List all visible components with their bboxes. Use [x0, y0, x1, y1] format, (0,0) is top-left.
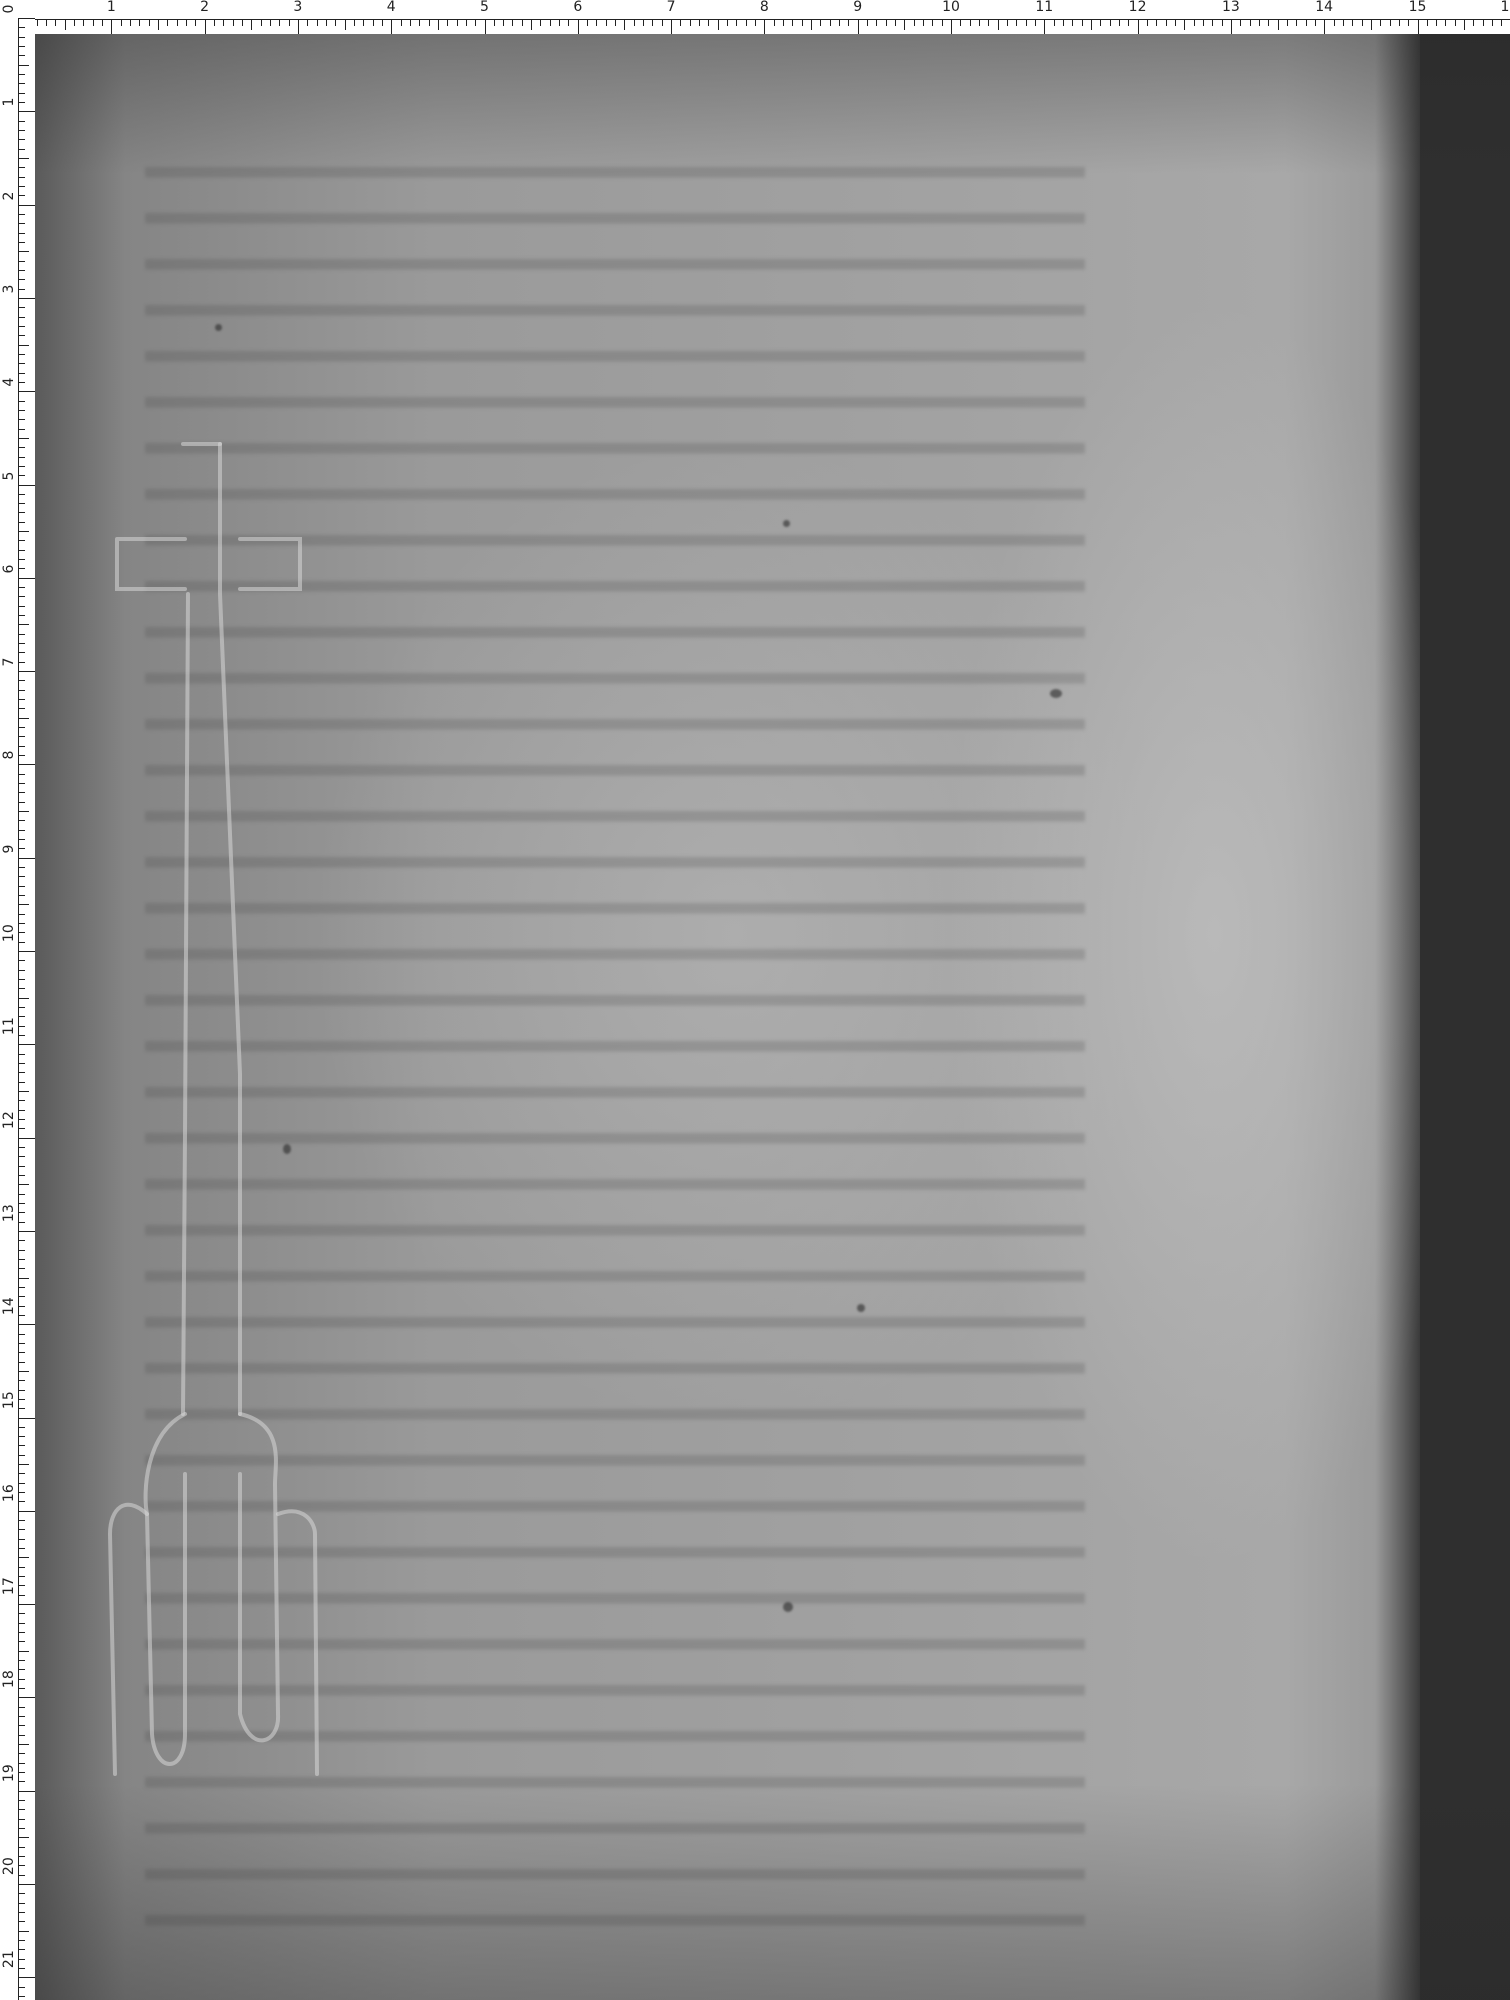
ruler-tick: [960, 19, 961, 26]
ruler-tick: [1007, 19, 1008, 26]
ruler-tick: [1427, 19, 1428, 26]
ruler-tick: [755, 19, 756, 26]
ruler-tick: [559, 19, 560, 26]
ruler-tick: [18, 485, 35, 486]
ruler-tick: [774, 19, 775, 26]
ruler-tick: [746, 19, 747, 26]
ruler-tick: [736, 19, 737, 26]
ruler-tick: [18, 522, 25, 523]
ruler-tick: [18, 121, 25, 122]
ruler-tick: [18, 494, 25, 495]
ruler-tick: [242, 19, 243, 26]
ruler-tick: [18, 1931, 29, 1932]
ruler-tick: [18, 1054, 25, 1055]
ruler-tick: [18, 895, 25, 896]
ruler-tick: [18, 1735, 25, 1736]
ruler-tick: [18, 1539, 25, 1540]
ruler-tick: [18, 1091, 29, 1092]
ruler-tick: [1455, 19, 1456, 26]
ruler-tick: [18, 1203, 25, 1204]
ruler-tick: [1334, 19, 1335, 26]
ruler-tick: [251, 19, 252, 30]
ruler-tick: [307, 19, 308, 26]
ruler-tick: [18, 596, 25, 597]
ruler-tick: [326, 19, 327, 26]
ruler-top: 01234567891011121314151: [0, 0, 1510, 34]
ruler-tick: [18, 74, 25, 75]
ruler-tick: [18, 1520, 25, 1521]
ruler-tick: [1250, 19, 1251, 26]
ruler-top-label: 11: [1035, 0, 1053, 15]
ruler-tick: [18, 93, 25, 94]
ruler-tick: [18, 1259, 25, 1260]
ruler-tick: [18, 1026, 25, 1027]
ruler-tick: [18, 1557, 29, 1558]
ruler-left-label: 3: [1, 285, 17, 294]
ruler-tick: [18, 186, 25, 187]
ruler-tick: [18, 167, 25, 168]
ruler-tick: [18, 998, 29, 999]
ruler-top-label: 7: [667, 0, 676, 15]
ruler-tick: [1464, 19, 1465, 30]
ruler-tick: [18, 1697, 35, 1698]
ruler-tick: [839, 19, 840, 26]
ruler-tick: [18, 1996, 25, 1997]
ruler-tick: [1063, 19, 1064, 26]
ruler-tick: [18, 1548, 25, 1549]
ruler-tick: [18, 1418, 35, 1419]
ruler-left-label: 18: [1, 1671, 17, 1689]
ruler-tick: [83, 19, 84, 26]
ruler-tick: [18, 1016, 25, 1017]
ruler-top-label: 6: [573, 0, 582, 15]
ruler-tick: [1473, 19, 1474, 26]
ruler-tick: [18, 1763, 25, 1764]
ruler-left-label: 5: [1, 471, 17, 480]
ruler-tick: [363, 19, 364, 26]
ruler-tick: [18, 177, 25, 178]
ruler-tick: [18, 1100, 25, 1101]
ruler-tick: [18, 1175, 25, 1176]
ruler-tick: [18, 1315, 25, 1316]
ruler-tick: [18, 37, 25, 38]
ruler-tick: [18, 1427, 25, 1428]
ruler-tick: [111, 19, 112, 34]
ruler-tick: [18, 1800, 25, 1801]
ruler-tick: [1399, 19, 1400, 26]
ruler-tick: [18, 1110, 25, 1111]
ruler-top-label: 15: [1409, 0, 1427, 15]
ruler-tick: [18, 1380, 25, 1381]
ruler-tick: [1138, 19, 1139, 34]
ruler-tick: [18, 307, 25, 308]
ruler-tick: [18, 475, 25, 476]
ruler-tick: [1026, 19, 1027, 26]
ruler-tick: [643, 19, 644, 26]
ruler-tick: [18, 568, 25, 569]
ruler-tick: [18, 699, 25, 700]
ruler-tick: [1147, 19, 1148, 26]
ruler-tick: [261, 19, 262, 26]
ruler-tick: [18, 988, 25, 989]
ruler-top-label: 8: [760, 0, 769, 15]
ruler-tick: [317, 19, 318, 26]
ruler-tick: [18, 867, 25, 868]
ruler-tick: [18, 1707, 25, 1708]
ruler-tick: [18, 1809, 25, 1810]
ruler-tick: [18, 1287, 25, 1288]
ruler-tick: [895, 19, 896, 26]
ruler-tick: [18, 1772, 25, 1773]
ruler-left-label: 10: [1, 924, 17, 942]
ruler-tick: [18, 606, 25, 607]
ruler-tick: [886, 19, 887, 26]
ruler-top-label: 5: [480, 0, 489, 15]
ruler-tick: [18, 1903, 25, 1904]
ruler-tick: [18, 690, 25, 691]
ruler-tick: [270, 19, 271, 26]
ruler-tick: [93, 19, 94, 26]
ruler-tick: [298, 19, 299, 34]
ruler-tick: [680, 19, 681, 26]
ruler-tick: [615, 19, 616, 26]
ruler-tick: [1352, 19, 1353, 26]
ruler-tick: [1483, 19, 1484, 26]
ruler-tick: [18, 410, 25, 411]
ruler-tick: [923, 19, 924, 26]
ruler-tick: [18, 1268, 25, 1269]
ruler-tick: [18, 1959, 25, 1960]
ruler-tick: [18, 802, 25, 803]
ruler-tick: [18, 503, 25, 504]
ruler-tick: [18, 1222, 25, 1223]
ruler-tick: [121, 19, 122, 26]
ruler-tick: [1380, 19, 1381, 26]
ruler-tick: [18, 1912, 25, 1913]
ruler-tick: [18, 1781, 25, 1782]
ruler-tick: [718, 19, 719, 30]
ruler-tick: [18, 886, 25, 887]
ruler-tick: [18, 1753, 25, 1754]
ruler-tick: [18, 382, 25, 383]
ruler-tick: [18, 1399, 25, 1400]
ruler-tick: [18, 792, 25, 793]
ruler-tick: [438, 19, 439, 30]
ruler-tick: [18, 1044, 35, 1045]
ruler-tick: [18, 1651, 29, 1652]
ruler-tick: [18, 1082, 25, 1083]
ruler-tick: [18, 839, 25, 840]
ruler-tick: [18, 1791, 35, 1792]
ruler-tick: [18, 1669, 25, 1670]
ruler-tick: [18, 419, 25, 420]
ruler-tick: [18, 1334, 25, 1335]
ruler-tick: [18, 1949, 25, 1950]
ruler-tick: [37, 19, 38, 26]
ruler-tick: [18, 746, 25, 747]
ruler-tick: [149, 19, 150, 26]
ruler-tick: [18, 1847, 25, 1848]
ruler-tick: [1259, 19, 1260, 26]
ruler-tick: [18, 1007, 25, 1008]
ruler-tick: [708, 19, 709, 26]
ruler-tick: [18, 1362, 25, 1363]
ruler-tick: [18, 1716, 25, 1717]
ruler-tick: [18, 65, 29, 66]
ruler-tick: [18, 1343, 25, 1344]
ruler-tick: [18, 335, 25, 336]
ruler-tick: [18, 55, 25, 56]
ruler-tick: [970, 19, 971, 26]
ruler-tick: [858, 19, 859, 34]
ruler-tick: [18, 195, 25, 196]
ruler-tick: [1166, 19, 1167, 26]
ruler-tick: [18, 111, 35, 112]
ruler-tick: [18, 261, 25, 262]
ruler-tick: [18, 1240, 25, 1241]
ruler-top-label: 1: [107, 0, 116, 15]
ruler-tick: [1362, 19, 1363, 26]
ruler-tick: [18, 811, 29, 812]
ruler-left-label: 17: [1, 1577, 17, 1595]
ruler-tick: [18, 1194, 25, 1195]
ruler-tick: [401, 19, 402, 26]
ruler-tick: [18, 1464, 29, 1465]
ruler-tick: [18, 662, 25, 663]
ruler-tick: [18, 643, 25, 644]
ruler-tick: [18, 1865, 25, 1866]
ruler-tick: [942, 19, 943, 26]
ruler-left-label: 20: [1, 1857, 17, 1875]
ruler-tick: [512, 19, 513, 26]
ruler-tick: [18, 1576, 25, 1577]
ruler-tick: [1212, 19, 1213, 26]
ruler-tick: [18, 634, 25, 635]
ruler-tick: [18, 1436, 25, 1437]
ruler-tick: [867, 19, 868, 26]
ruler-tick: [18, 858, 35, 859]
ruler-tick: [419, 19, 420, 26]
ruler-tick: [18, 298, 35, 299]
ruler-left-label: 21: [1, 1951, 17, 1969]
ruler-tick: [18, 1940, 25, 1941]
ruler-tick: [18, 438, 29, 439]
ruler-tick: [1268, 19, 1269, 26]
ruler-tick: [18, 615, 25, 616]
ruler-tick: [18, 158, 29, 159]
ruler-tick: [18, 1688, 25, 1689]
ruler-top-label: 13: [1222, 0, 1240, 15]
ruler-tick: [998, 19, 999, 30]
ruler-tick: [177, 19, 178, 26]
ruler-tick: [335, 19, 336, 26]
ruler-tick: [18, 1371, 29, 1372]
ruler-tick: [811, 19, 812, 30]
ruler-tick: [18, 755, 25, 756]
ruler-tick: [18, 1613, 25, 1614]
ruler-tick: [1296, 19, 1297, 26]
ruler-tick: [802, 19, 803, 26]
ruler-tick: [186, 19, 187, 26]
ruler-top-label: 4: [387, 0, 396, 15]
ruler-left-label: 7: [1, 658, 17, 667]
ruler-tick: [652, 19, 653, 26]
ruler-tick: [410, 19, 411, 26]
ruler-tick: [18, 783, 25, 784]
ruler-tick: [18, 83, 25, 84]
ruler-tick: [18, 1725, 25, 1726]
ruler-tick: [1194, 19, 1195, 26]
ruler-tick: [18, 1278, 29, 1279]
ruler-tick: [18, 1660, 25, 1661]
ruler-left-label: 1: [1, 98, 17, 107]
ruler-tick: [457, 19, 458, 26]
ruler-tick: [1306, 19, 1307, 26]
ruler-tick: [671, 19, 672, 34]
ruler-tick: [18, 149, 25, 150]
ruler-tick: [214, 19, 215, 26]
ruler-tick: [18, 932, 25, 933]
ruler-tick: [522, 19, 523, 26]
ruler-tick: [18, 708, 25, 709]
ruler-tick: [596, 19, 597, 26]
ruler-tick: [1315, 19, 1316, 26]
ruler-tick: [18, 1529, 25, 1530]
ruler-tick: [914, 19, 915, 26]
ruler-tick: [139, 19, 140, 26]
ruler-tick: [18, 1296, 25, 1297]
ruler-tick: [18, 960, 25, 961]
ruler-left-label: 11: [1, 1018, 17, 1036]
ruler-tick: [1343, 19, 1344, 26]
ruler-tick: [18, 251, 29, 252]
ruler-tick: [195, 19, 196, 26]
ruler-tick: [391, 19, 392, 34]
ruler-top-label: 10: [942, 0, 960, 15]
ruler-tick: [830, 19, 831, 26]
ruler-tick: [1203, 19, 1204, 26]
ruler-left-label: 4: [1, 378, 17, 387]
ruler-tick: [18, 1035, 25, 1036]
ruler-left-label: 6: [1, 564, 17, 573]
ruler-tick: [18, 671, 35, 672]
ruler-tick: [18, 1072, 25, 1073]
ruler-tick: [18, 1119, 25, 1120]
ruler-left-label: 14: [1, 1297, 17, 1315]
ruler-tick: [662, 19, 663, 26]
ruler-tick: [18, 1390, 25, 1391]
ruler-tick: [18, 764, 35, 765]
ruler-tick: [18, 1828, 25, 1829]
ruler-tick: [18, 624, 29, 625]
ruler-tick: [18, 1632, 25, 1633]
ruler-tick: [18, 578, 35, 579]
ruler-tick: [18, 1231, 35, 1232]
ruler-tick: [18, 447, 25, 448]
ruler-tick: [540, 19, 541, 26]
ruler-tick: [18, 102, 25, 103]
ruler-tick: [1436, 19, 1437, 26]
ruler-left: 0123456789101112131415161718192021: [0, 0, 35, 2000]
ruler-tick: [18, 289, 25, 290]
ruler-tick: [18, 1147, 25, 1148]
ruler-tick: [158, 19, 159, 30]
ruler-tick: [1371, 19, 1372, 30]
ruler-tick: [1222, 19, 1223, 26]
ruler-tick: [18, 820, 25, 821]
ruler-tick: [531, 19, 532, 30]
ruler-top-label: 12: [1129, 0, 1147, 15]
ruler-tick: [1110, 19, 1111, 26]
ruler-tick: [1231, 19, 1232, 34]
ruler-tick: [18, 718, 29, 719]
ruler-tick: [18, 466, 25, 467]
ruler-tick: [904, 19, 905, 30]
ruler-left-label: 13: [1, 1204, 17, 1222]
ruler-tick: [18, 1492, 25, 1493]
ruler-tick: [279, 19, 280, 26]
ruler-tick: [447, 19, 448, 26]
ruler-tick: [848, 19, 849, 26]
ruler-tick: [1278, 19, 1279, 30]
ruler-tick: [18, 942, 25, 943]
ruler-left-label: 9: [1, 844, 17, 853]
ruler-left-label: 8: [1, 751, 17, 760]
ruler-tick: [18, 457, 25, 458]
ruler-tick: [18, 214, 25, 215]
ruler-tick: [485, 19, 486, 34]
ruler-tick: [18, 401, 25, 402]
ruler-tick: [18, 1987, 25, 1988]
ruler-tick: [18, 139, 25, 140]
ruler-tick: [233, 19, 234, 26]
ruler-tick: [18, 223, 25, 224]
ruler-tick: [876, 19, 877, 26]
ruler-tick: [18, 1166, 25, 1167]
ruler-tick: [102, 19, 103, 26]
ruler-tick: [988, 19, 989, 26]
ruler-tick: [18, 1184, 29, 1185]
ruler-left-label: 0: [1, 5, 17, 14]
ruler-tick: [18, 680, 25, 681]
ruler-tick: [74, 19, 75, 26]
ruler-tick: [1072, 19, 1073, 26]
ruler-tick: [18, 1212, 25, 1213]
ruler-tick: [18, 1893, 25, 1894]
ruler-tick: [1240, 19, 1241, 26]
ruler-tick: [634, 19, 635, 26]
ruler-tick: [18, 774, 25, 775]
ruler-tick: [18, 736, 25, 737]
ruler-tick: [18, 1455, 25, 1456]
ruler-left-label: 19: [1, 1764, 17, 1782]
ruler-tick: [624, 19, 625, 30]
ruler-tick: [18, 1884, 35, 1885]
ruler-tick: [494, 19, 495, 26]
ruler-tick: [18, 1567, 25, 1568]
ruler-tick: [167, 19, 168, 26]
ruler-tick: [130, 19, 131, 26]
ruler-tick: [18, 559, 25, 560]
ruler-tick: [18, 27, 25, 28]
ruler-tick: [18, 1819, 25, 1820]
ruler-tick: [18, 317, 25, 318]
ruler-tick: [55, 19, 56, 26]
ruler-tick: [820, 19, 821, 26]
ruler-tick: [18, 1408, 25, 1409]
ruler-tick: [18, 1501, 25, 1502]
ruler-tick: [18, 242, 25, 243]
